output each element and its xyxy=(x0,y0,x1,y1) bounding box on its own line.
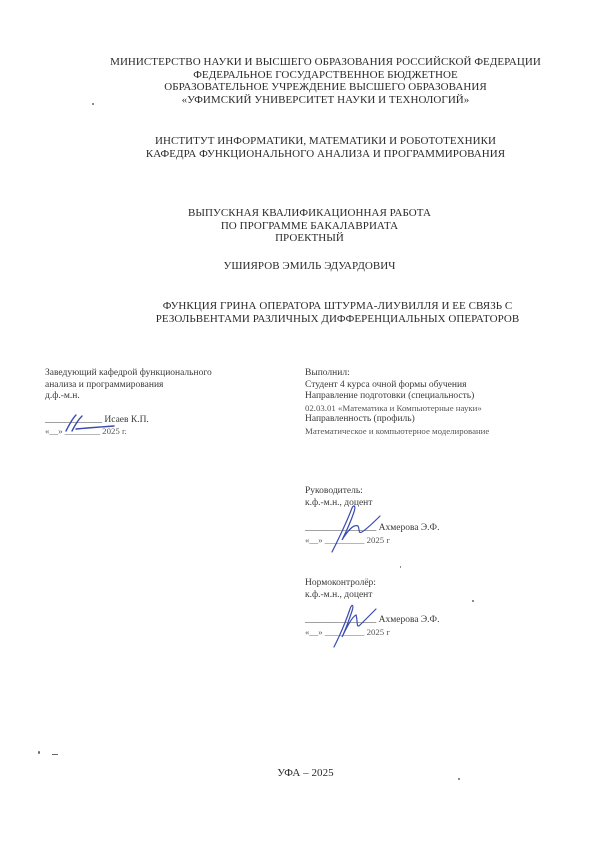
thesis-title-line1: ФУНКЦИЯ ГРИНА ОПЕРАТОРА ШТУРМА-ЛИУВИЛЛЯ … xyxy=(40,300,595,313)
institution-type-line: ОБРАЗОВАТЕЛЬНОЕ УЧРЕЖДЕНИЕ ВЫСШЕГО ОБРАЗ… xyxy=(28,81,595,94)
norm-controller-label: Нормоконтролёр: xyxy=(305,578,439,590)
scan-speck xyxy=(458,778,460,780)
scan-speck xyxy=(92,103,94,105)
scan-speck xyxy=(472,600,474,602)
university-name: «УФИМСКИЙ УНИВЕРСИТЕТ НАУКИ И ТЕХНОЛОГИЙ… xyxy=(28,94,595,107)
work-type-line2: ПО ПРОГРАММЕ БАКАЛАВРИАТА xyxy=(12,220,595,233)
hod-signature-icon xyxy=(58,413,118,435)
thesis-title: ФУНКЦИЯ ГРИНА ОПЕРАТОРА ШТУРМА-ЛИУВИЛЛЯ … xyxy=(40,300,595,325)
thesis-title-line2: РЕЗОЛЬВЕНТАМИ РАЗЛИЧНЫХ ДИФФЕРЕНЦИАЛЬНЫХ… xyxy=(40,313,595,326)
supervisor-signature-icon xyxy=(328,500,384,556)
performer-label: Выполнил: xyxy=(305,368,489,380)
institute-block: ИНСТИТУТ ИНФОРМАТИКИ, МАТЕМАТИКИ И РОБОТ… xyxy=(28,135,595,160)
ministry-header: МИНИСТЕРСТВО НАУКИ И ВЫСШЕГО ОБРАЗОВАНИЯ… xyxy=(28,56,595,106)
supervisor-name: Ахмерова Э.Ф. xyxy=(379,523,440,533)
direction-label: Направление подготовки (специальность) xyxy=(305,391,489,403)
institute-name: ИНСТИТУТ ИНФОРМАТИКИ, МАТЕМАТИКИ И РОБОТ… xyxy=(28,135,595,148)
ministry-line: МИНИСТЕРСТВО НАУКИ И ВЫСШЕГО ОБРАЗОВАНИЯ… xyxy=(28,56,595,69)
profile-label: Направленность (профиль) xyxy=(305,414,489,426)
department-name: КАФЕДРА ФУНКЦИОНАЛЬНОГО АНАЛИЗА И ПРОГРА… xyxy=(28,148,595,161)
direction-value: 02.03.01 «Математика и Компьютерные наук… xyxy=(305,403,489,415)
federal-line: ФЕДЕРАЛЬНОЕ ГОСУДАРСТВЕННОЕ БЮДЖЕТНОЕ xyxy=(28,69,595,82)
city-year: УФА – 2025 xyxy=(8,767,595,780)
author-name: УШИЯРОВ ЭМИЛЬ ЭДУАРДОВИЧ xyxy=(12,260,595,273)
scan-speck xyxy=(52,754,58,755)
norm-controller-name: Ахмерова Э.Ф. xyxy=(379,615,440,625)
hod-role-line2: анализа и программирования xyxy=(45,380,212,392)
hod-degree: д.ф.-м.н. xyxy=(45,391,212,403)
work-type-line1: ВЫПУСКНАЯ КВАЛИФИКАЦИОННАЯ РАБОТА xyxy=(12,207,595,220)
scan-speck xyxy=(400,566,401,568)
performer-student: Студент 4 курса очной формы обучения xyxy=(305,380,489,392)
supervisor-label: Руководитель: xyxy=(305,486,439,498)
profile-value: Математическое и компьютерное моделирова… xyxy=(305,426,489,438)
work-type-line3: ПРОЕКТНЫЙ xyxy=(12,232,595,245)
norm-controller-signature-icon xyxy=(330,595,380,651)
scan-speck xyxy=(38,751,40,754)
work-type-block: ВЫПУСКНАЯ КВАЛИФИКАЦИОННАЯ РАБОТА ПО ПРО… xyxy=(12,207,595,245)
performer-block: Выполнил: Студент 4 курса очной формы об… xyxy=(305,368,489,437)
hod-role-line1: Заведующий кафедрой функционального xyxy=(45,368,212,380)
